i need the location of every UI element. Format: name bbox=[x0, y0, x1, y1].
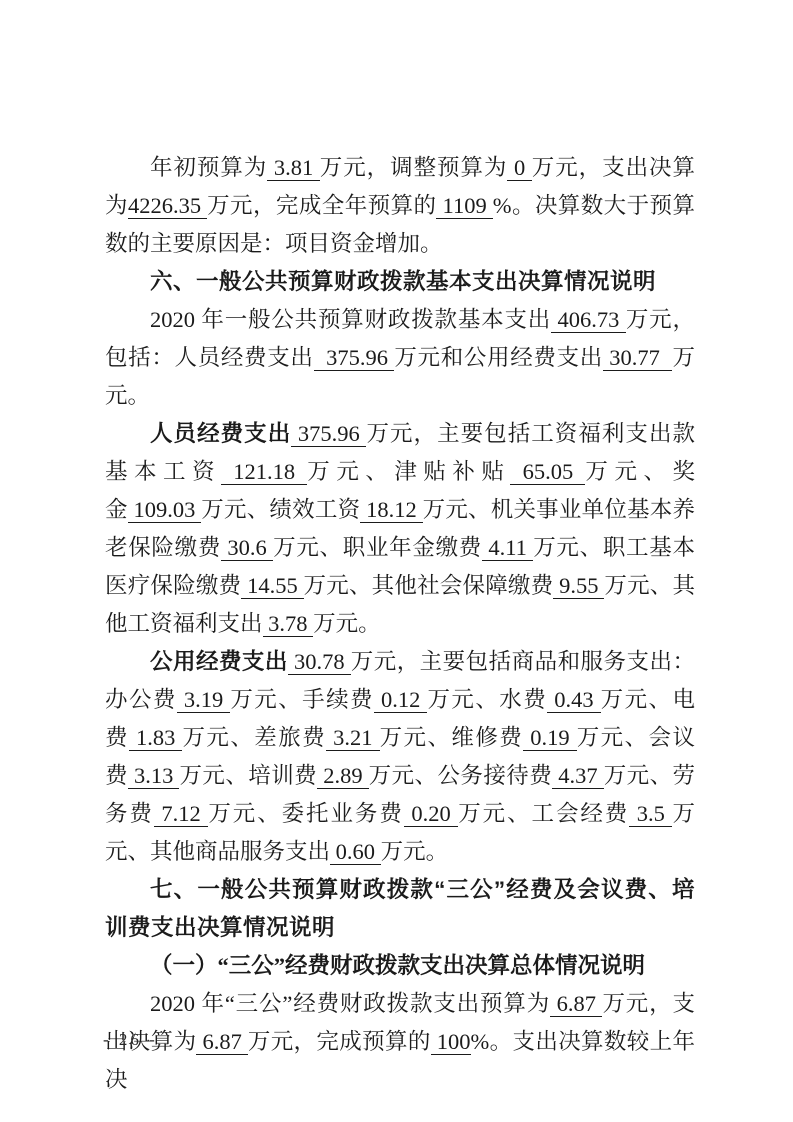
text-segment: 万元和公用经费支出 bbox=[394, 345, 603, 370]
underlined-value: 0.20 bbox=[404, 801, 458, 827]
underlined-value: 3.21 bbox=[326, 725, 380, 751]
underlined-value: 30.77 bbox=[603, 345, 673, 371]
underlined-value: 65.05 bbox=[510, 459, 585, 485]
underlined-value: 9.55 bbox=[553, 573, 604, 599]
text-segment: 六、一般公共预算财政拨款基本支出决算情况说明 bbox=[150, 269, 656, 294]
underlined-value: 14.55 bbox=[241, 573, 303, 599]
paragraph: 人员经费支出 375.96 万元，主要包括工资福利支出款基本工资 121.18 … bbox=[105, 415, 695, 643]
text-segment: 万元、水费 bbox=[427, 687, 547, 712]
underlined-value: 100 bbox=[431, 1029, 471, 1055]
text-segment: 万元、津贴补贴 bbox=[307, 459, 510, 484]
underlined-value: 109.03 bbox=[128, 497, 202, 523]
underlined-value: 3.13 bbox=[128, 763, 180, 789]
underlined-value: 0.43 bbox=[547, 687, 601, 713]
text-segment: 万元，完成预算的 bbox=[248, 1029, 431, 1054]
underlined-value: 6.87 bbox=[196, 1029, 247, 1055]
underlined-value: 4.11 bbox=[482, 535, 533, 561]
paragraph: 年初预算为 3.81 万元，调整预算为 0 万元，支出决算为4226.35 万元… bbox=[105, 149, 695, 263]
text-segment: 万元、其他社会保障缴费 bbox=[304, 573, 554, 598]
underlined-value: 30.6 bbox=[221, 535, 273, 561]
text-segment: 万元。 bbox=[381, 839, 449, 864]
underlined-value: 2.89 bbox=[317, 763, 369, 789]
text-segment: 万元，调整预算为 bbox=[320, 155, 508, 180]
text-segment: 万元、差旅费 bbox=[182, 725, 326, 750]
underlined-value: 0 bbox=[507, 155, 531, 181]
text-segment: 年初预算为 bbox=[150, 155, 267, 180]
underlined-value: 30.78 bbox=[288, 649, 351, 675]
underlined-value: 121.18 bbox=[221, 459, 307, 485]
text-segment: 人员经费支出 bbox=[150, 421, 291, 446]
underlined-value: 6.87 bbox=[550, 991, 602, 1017]
text-segment: 万元、绩效工资 bbox=[201, 497, 360, 522]
text-segment: 万元。 bbox=[313, 611, 381, 636]
text-segment: 万元、维修费 bbox=[380, 725, 524, 750]
text-segment: 2020 年一般公共预算财政拨款基本支出 bbox=[150, 307, 551, 332]
underlined-value: 0.12 bbox=[374, 687, 428, 713]
section-heading: 七、一般公共预算财政拨款“三公”经费及会议费、培训费支出决算情况说明 bbox=[105, 871, 695, 947]
underlined-value: 1109 bbox=[436, 193, 492, 219]
underlined-value: 375.96 bbox=[314, 345, 395, 371]
underlined-value: 3.19 bbox=[177, 687, 231, 713]
underlined-value: 0.60 bbox=[330, 839, 381, 865]
text-segment: 万元，完成全年预算的 bbox=[207, 193, 436, 218]
page-number: - 26 - bbox=[103, 1030, 158, 1050]
text-segment: 公用经费支出 bbox=[150, 649, 288, 674]
text-segment: （一）“三公”经费财政拨款支出决算总体情况说明 bbox=[150, 953, 645, 978]
text-segment: 万元、培训费 bbox=[179, 763, 317, 788]
text-segment: 万元、委托业务费 bbox=[208, 801, 403, 826]
document-body: 年初预算为 3.81 万元，调整预算为 0 万元，支出决算为4226.35 万元… bbox=[105, 149, 695, 1099]
paragraph: 公用经费支出 30.78 万元，主要包括商品和服务支出：办公费 3.19 万元、… bbox=[105, 643, 695, 871]
underlined-value: 406.73 bbox=[551, 307, 626, 333]
text-segment: 万元、手续费 bbox=[230, 687, 374, 712]
section-heading: （一）“三公”经费财政拨款支出决算总体情况说明 bbox=[105, 947, 695, 985]
underlined-value: 3.81 bbox=[267, 155, 320, 181]
underlined-value: 3.5 bbox=[629, 801, 672, 827]
text-segment: 万元、工会经费 bbox=[458, 801, 629, 826]
underlined-value: 3.78 bbox=[263, 611, 314, 637]
section-heading: 六、一般公共预算财政拨款基本支出决算情况说明 bbox=[105, 263, 695, 301]
text-segment: 万元、职业年金缴费 bbox=[273, 535, 482, 560]
text-segment: 2020 年“三公”经费财政拨款支出预算为 bbox=[150, 991, 550, 1016]
underlined-value: 1.83 bbox=[129, 725, 183, 751]
underlined-value: 375.96 bbox=[291, 421, 366, 447]
text-segment: 七、一般公共预算财政拨款“三公”经费及会议费、培训费支出决算情况说明 bbox=[105, 877, 695, 940]
paragraph: 2020 年一般公共预算财政拨款基本支出 406.73 万元，包括：人员经费支出… bbox=[105, 301, 695, 415]
underlined-value: 4.37 bbox=[552, 763, 604, 789]
underlined-value: 7.12 bbox=[154, 801, 208, 827]
underlined-value: 0.19 bbox=[523, 725, 577, 751]
underlined-value: 18.12 bbox=[360, 497, 422, 523]
text-segment: 万元、公务接待费 bbox=[369, 763, 553, 788]
paragraph: 2020 年“三公”经费财政拨款支出预算为 6.87 万元，支出决算为 6.87… bbox=[105, 985, 695, 1099]
document-page: 年初预算为 3.81 万元，调整预算为 0 万元，支出决算为4226.35 万元… bbox=[0, 0, 793, 1122]
underlined-value: 4226.35 bbox=[128, 193, 207, 219]
